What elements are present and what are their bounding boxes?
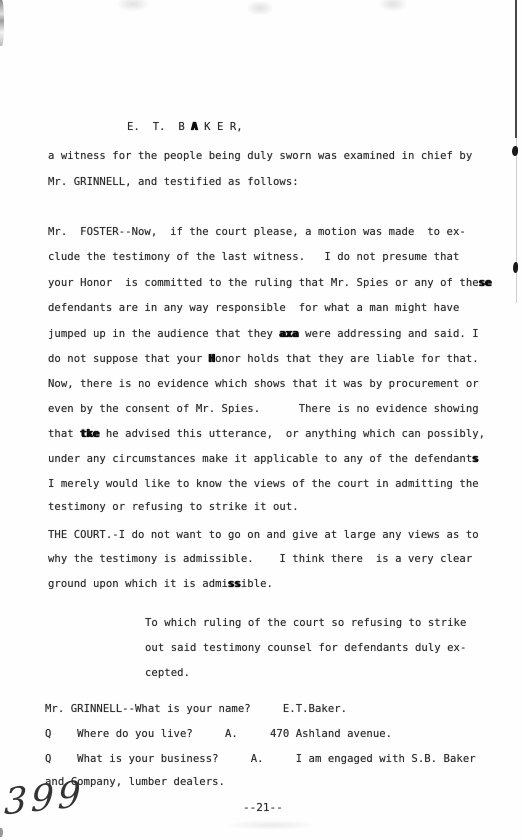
text-segment: that [48, 428, 80, 440]
transcript-lines: E. T. B A K E R,a witness for the people… [0, 0, 522, 840]
text-segment: To which ruling of the court so refusing… [145, 617, 466, 629]
transcript-line: testimony or refusing to strike it out. [48, 500, 299, 514]
transcript-line: cepted. [145, 666, 190, 680]
overstruck-text: axa [279, 328, 298, 340]
text-segment: ible. [241, 578, 273, 590]
text-segment: jumped up in the audience that they [48, 328, 279, 340]
transcript-line: I merely would like to know the views of… [48, 477, 479, 491]
transcript-line: even by the consent of Mr. Spies. There … [48, 402, 479, 416]
text-segment: out said testimony counsel for defendant… [145, 642, 466, 654]
document-page: E. T. B A K E R,a witness for the people… [0, 0, 522, 840]
transcript-line: defendants are in any way responsible fo… [48, 301, 459, 315]
scan-smudge-bottom [228, 820, 314, 830]
overstruck-text: se [479, 277, 492, 289]
transcript-line: To which ruling of the court so refusing… [145, 616, 466, 630]
transcript-line: Mr. GRINNELL, and testified as follows: [48, 175, 299, 189]
overstruck-text: s [472, 453, 478, 465]
transcript-line: Q Where do you live? A. 470 Ashland aven… [45, 727, 392, 741]
page-number: --21-- [243, 801, 283, 814]
text-segment: E. T. B [127, 121, 191, 133]
text-segment: your Honor is committed to the ruling th… [48, 277, 479, 289]
transcript-line: Q What is your business? A. I am engaged… [45, 752, 476, 766]
transcript-line: a witness for the people being duly swor… [48, 149, 472, 163]
text-segment: Mr. GRINNELL, and testified as follows: [48, 176, 299, 188]
text-segment: K E R, [198, 121, 243, 133]
text-segment: a witness for the people being duly swor… [48, 150, 472, 162]
text-segment: even by the consent of Mr. Spies. There … [48, 403, 479, 415]
handwritten-page-number: 399 [3, 774, 85, 824]
text-segment: Now, there is no evidence which shows th… [48, 378, 479, 390]
transcript-line: that tke he advised this utterance, or a… [48, 427, 485, 441]
text-segment: ground upon which it is admi [48, 578, 228, 590]
text-segment: why the testimony is admissible. I think… [48, 553, 472, 565]
overstruck-text: ss [228, 578, 241, 590]
overstruck-text: tke [80, 428, 99, 440]
text-segment: onor holds that they are liable for that… [215, 353, 479, 365]
transcript-line: why the testimony is admissible. I think… [48, 552, 472, 566]
text-segment: Q Where do you live? A. 470 Ashland aven… [45, 728, 392, 740]
text-segment: Q What is your business? A. I am engaged… [45, 753, 476, 765]
text-segment: Mr. GRINNELL--What is your name? E.T.Bak… [45, 703, 347, 715]
transcript-line: jumped up in the audience that they axa … [48, 327, 479, 341]
text-segment: were addressing and said. I [299, 328, 479, 340]
transcript-line: clude the testimony of the last witness.… [48, 250, 459, 264]
text-segment: clude the testimony of the last witness.… [48, 251, 459, 263]
transcript-line: Mr. GRINNELL--What is your name? E.T.Bak… [45, 702, 347, 716]
transcript-line: ground upon which it is admissible. [48, 577, 273, 591]
transcript-line: your Honor is committed to the ruling th… [48, 276, 492, 290]
transcript-line: Now, there is no evidence which shows th… [48, 377, 479, 391]
text-segment: he advised this utterance, or anything w… [99, 428, 485, 440]
text-segment: under any circumstances make it applicab… [48, 453, 472, 465]
text-segment: do not suppose that your [48, 353, 209, 365]
transcript-line: Mr. FOSTER--Now, if the court please, a … [48, 225, 466, 239]
text-segment: I merely would like to know the views of… [48, 478, 479, 490]
text-segment: cepted. [145, 667, 190, 679]
text-segment: defendants are in any way responsible fo… [48, 302, 459, 314]
text-segment: testimony or refusing to strike it out. [48, 501, 299, 513]
transcript-line: do not suppose that your Honor holds tha… [48, 352, 479, 366]
text-segment: Mr. FOSTER--Now, if the court please, a … [48, 226, 466, 238]
transcript-line: under any circumstances make it applicab… [48, 452, 479, 466]
page-title: E. T. B A K E R, [127, 120, 243, 134]
transcript-line: THE COURT.-I do not want to go on and gi… [48, 528, 479, 542]
text-segment: THE COURT.-I do not want to go on and gi… [48, 529, 479, 541]
transcript-line: out said testimony counsel for defendant… [145, 641, 466, 655]
